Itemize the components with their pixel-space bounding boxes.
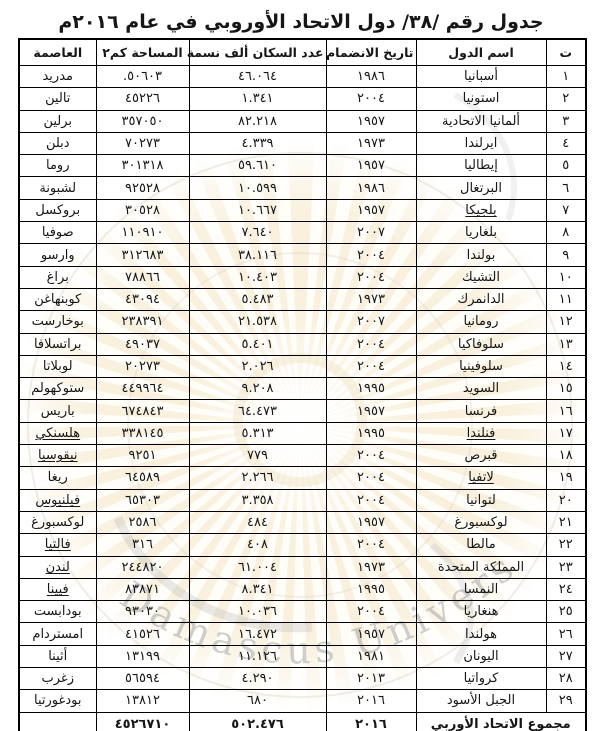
cell-capital: نيقوسيا [19,445,96,467]
cell-capital: فيينا [19,578,96,600]
cell-join-date: ١٩٩٥ [326,422,416,444]
cell-population: ٥.٤٠١ [189,333,326,355]
cell-country: إيطاليا [416,155,546,177]
table-row: ٢٤النمسا١٩٩٥٨.٣٤١٨٣٨٧١فيينا [19,578,586,600]
cell-join-date: ٢٠٠٤ [326,467,416,489]
cell-area: ٧٨٨٦٦ [96,266,189,288]
cell-capital: زغرب [19,668,96,690]
cell-capital: مدريد [19,66,96,88]
cell-country: البرتغال [416,177,546,199]
cell-population: ١٠.٥٩٩ [189,177,326,199]
cell-capital: دبلن [19,132,96,154]
table-row: ٢٧اليونان١٩٨١١١.١٢٦١٣١٩٩أثينا [19,645,586,667]
cell-index: ١٤ [546,355,586,377]
cell-area: ٤٩٠٣٧ [96,333,189,355]
cell-capital: لوبلاتا [19,355,96,377]
cell-country: هنغاريا [416,601,546,623]
cell-country: سلوفاكيا [416,333,546,355]
cell-capital: روما [19,155,96,177]
cell-population: ٧٧٩ [189,445,326,467]
cell-index: ١٦ [546,400,586,422]
table-row: ٢٥هنغاريا٢٠٠٤١٠.٠٣٦٩٣٠٣٠بودابست [19,601,586,623]
cell-area: ٢٠٢٧٣ [96,355,189,377]
cell-country: هولندا [416,623,546,645]
cell-population: ١٠.٦٦٧ [189,199,326,221]
cell-join-date: ٢٠٠٤ [326,601,416,623]
cell-index: ٢٩ [546,690,586,712]
cell-country: التشيك [416,266,546,288]
cell-join-date: ٢٠٠٤ [326,355,416,377]
cell-join-date: ١٩٨١ [326,645,416,667]
cell-population: ٥.٤٨٣ [189,288,326,310]
cell-index: ٢٢ [546,534,586,556]
table-row: ١٩لاتفيا٢٠٠٤٢.٢٦٦٦٤٥٨٩ريغا [19,467,586,489]
table-row: ١٦فرنسا١٩٥٧٦٤.٤٧٣٦٧٤٨٤٣باريس [19,400,586,422]
cell-population: ٧.٦٤٠ [189,222,326,244]
table-row: ٢٦هولندا١٩٥٧١٦.٤٧٢٤١٥٢٦امستردام [19,623,586,645]
cell-area: ٩٢٥٢٨ [96,177,189,199]
cell-population: ٦٤.٤٧٣ [189,400,326,422]
column-header-population: عدد السكان ألف نسمة [189,39,326,66]
cell-country: بولندا [416,244,546,266]
cell-index: ٢١ [546,511,586,533]
cell-index: ٩ [546,244,586,266]
cell-index: ١٢ [546,311,586,333]
cell-area: ٤٥٢٢٦ [96,88,189,110]
cell-area: ٨٣٨٧١ [96,578,189,600]
cell-join-date: ١٩٨٦ [326,66,416,88]
cell-country: أسبانيا [416,66,546,88]
table-row: ٢استونيا٢٠٠٤١.٣٤١٤٥٢٢٦تالين [19,88,586,110]
cell-country: رومانيا [416,311,546,333]
table-row: ١٥السويد١٩٩٥٩.٢٠٨٤٤٩٩٦٤ستوكهولم [19,378,586,400]
cell-index: ٢٦ [546,623,586,645]
cell-population: ٣٨.١١٦ [189,244,326,266]
cell-join-date: ١٩٧٣ [326,288,416,310]
cell-area: ١٣٨١٢ [96,690,189,712]
cell-population: ٤.٢٩٠ [189,668,326,690]
cell-area: ٩٣٠٣٠ [96,601,189,623]
cell-country: المملكة المتحدة [416,556,546,578]
cell-population: ١١.١٢٦ [189,645,326,667]
cell-country: بلغاريا [416,222,546,244]
column-header-country: اسم الدول [416,39,546,66]
cell-index: ١٨ [546,445,586,467]
cell-capital: امستردام [19,623,96,645]
cell-area: ٦٥٣٠٣ [96,489,189,511]
column-header-capital: العاصمة [19,39,96,66]
table-row: ١٧فنلندا١٩٩٥٥.٣١٣٣٣٨١٤٥هلسنكي [19,422,586,444]
cell-capital: لشبونة [19,177,96,199]
cell-capital: ريغا [19,467,96,489]
cell-index: ١١ [546,288,586,310]
cell-capital: صوفيا [19,222,96,244]
cell-country: قبرص [416,445,546,467]
table-row: ٢٠لتوانيا٢٠٠٤٣.٣٥٨٦٥٣٠٣فيلنيوس [19,489,586,511]
cell-join-date: ١٩٥٧ [326,400,416,422]
cell-capital: بوخارست [19,311,96,333]
cell-area: ٢٤٤٨٢٠ [96,556,189,578]
cell-capital: لوكسبورغ [19,511,96,533]
cell-join-date: ١٩٩٥ [326,578,416,600]
cell-join-date: ٢٠١٣ [326,668,416,690]
cell-population: ٤٨٤ [189,511,326,533]
table-row: ١٠التشيك٢٠٠٤١٠.٤٠٣٧٨٨٦٦براغ [19,266,586,288]
cell-index: ٢٧ [546,645,586,667]
cell-index: ٢٨ [546,668,586,690]
cell-capital: هلسنكي [19,422,96,444]
cell-population: ٨.٣٤١ [189,578,326,600]
cell-population: ٥٩.٦١٠ [189,155,326,177]
cell-index: ٨ [546,222,586,244]
cell-area: ٣٠٥٢٨ [96,199,189,221]
cell-capital: باريس [19,400,96,422]
cell-population: ٦٨٠ [189,690,326,712]
cell-join-date: ٢٠٠٤ [326,534,416,556]
total-join-date: ٢٠١٦ [326,712,416,731]
cell-join-date: ٢٠٠٤ [326,266,416,288]
cell-join-date: ٢٠٠٧ [326,311,416,333]
cell-area: ٤١٥٢٦ [96,623,189,645]
table-row: ٣ألمانيا الاتحادية١٩٥٧٨٢.٢١٨٣٥٧٠٥٠برلين [19,110,586,132]
cell-area: ٢٥٨٦ [96,511,189,533]
table-row: ١أسبانيا١٩٨٦٤٦.٠٦٤.٥٠٦٠٣مدريد [19,66,586,88]
table-title: جدول رقم /٣٨/ دول الاتحاد الأوروبي في عا… [0,9,602,35]
table-row: ١٨قبرص٢٠٠٤٧٧٩٩٢٥١نيقوسيا [19,445,586,467]
cell-join-date: ١٩٥٧ [326,110,416,132]
cell-area: .٥٠٦٠٣ [96,66,189,88]
cell-population: ١.٣٤١ [189,88,326,110]
cell-index: ٢٤ [546,578,586,600]
cell-join-date: ١٩٧٣ [326,132,416,154]
cell-join-date: ٢٠٠٤ [326,244,416,266]
cell-population: ١٠.٤٠٣ [189,266,326,288]
cell-join-date: ١٩٥٧ [326,199,416,221]
cell-capital: لندن [19,556,96,578]
cell-country: استونيا [416,88,546,110]
cell-population: ٤٦.٠٦٤ [189,66,326,88]
table-row: ١٤سلوفينيا٢٠٠٤٢.٠٢٦٢٠٢٧٣لوبلاتا [19,355,586,377]
cell-join-date: ١٩٥٧ [326,511,416,533]
cell-population: ٥.٣١٣ [189,422,326,444]
cell-index: ١٩ [546,467,586,489]
table-row: ٨بلغاريا٢٠٠٧٧.٦٤٠١١٠٩١٠صوفيا [19,222,586,244]
cell-capital: فالتيا [19,534,96,556]
table-row: ٩بولندا٢٠٠٤٣٨.١١٦٣١٢٦٨٣وارسو [19,244,586,266]
cell-country: السويد [416,378,546,400]
table-row: ٢٨كرواتيا٢٠١٣٤.٢٩٠٥٦٥٩٤زغرب [19,668,586,690]
table-row: ١٢رومانيا٢٠٠٧٢١.٥٣٨٢٣٨٣٩١بوخارست [19,311,586,333]
cell-index: ١ [546,66,586,88]
cell-country: مالطا [416,534,546,556]
cell-area: ٣٥٧٠٥٠ [96,110,189,132]
cell-index: ٢٠ [546,489,586,511]
cell-area: ١٣١٩٩ [96,645,189,667]
table-row: ١٣سلوفاكيا٢٠٠٤٥.٤٠١٤٩٠٣٧براتسلافا [19,333,586,355]
cell-population: ١٠.٠٣٦ [189,601,326,623]
cell-join-date: ١٩٩٥ [326,378,416,400]
cell-capital: فيلنيوس [19,489,96,511]
total-population: ٥٠٢.٤٧٦ [189,712,326,731]
cell-index: ٢٣ [546,556,586,578]
cell-area: ٣٠١٣١٨ [96,155,189,177]
cell-country: فنلندا [416,422,546,444]
cell-index: ٢٥ [546,601,586,623]
total-label: مجموع الاتحاد الأوربي [416,712,586,731]
table-row: ٢١لوكسبورغ١٩٥٧٤٨٤٢٥٨٦لوكسبورغ [19,511,586,533]
cell-country: كرواتيا [416,668,546,690]
cell-capital: ستوكهولم [19,378,96,400]
cell-index: ٦ [546,177,586,199]
table-row: ١١الدانمرك١٩٧٣٥.٤٨٣٤٣٠٩٤كوبنهاغن [19,288,586,310]
cell-index: ١٠ [546,266,586,288]
cell-capital: براغ [19,266,96,288]
cell-area: ٤٣٠٩٤ [96,288,189,310]
cell-join-date: ٢٠٠٤ [326,88,416,110]
cell-population: ٢.٠٢٦ [189,355,326,377]
cell-index: ٢ [546,88,586,110]
cell-capital: بودابست [19,601,96,623]
cell-capital: براتسلافا [19,333,96,355]
cell-population: ٩.٢٠٨ [189,378,326,400]
cell-index: ١٣ [546,333,586,355]
cell-join-date: ١٩٧٣ [326,556,416,578]
cell-index: ١٥ [546,378,586,400]
table-row: ٥إيطاليا١٩٥٧٥٩.٦١٠٣٠١٣١٨روما [19,155,586,177]
cell-join-date: ٢٠٠٤ [326,445,416,467]
cell-index: ١٧ [546,422,586,444]
cell-population: ٢.٢٦٦ [189,467,326,489]
cell-area: ٣١٢٦٨٣ [96,244,189,266]
cell-index: ٥ [546,155,586,177]
table-row: ٦البرتغال١٩٨٦١٠.٥٩٩٩٢٥٢٨لشبونة [19,177,586,199]
cell-index: ٤ [546,132,586,154]
header-row: ت اسم الدول تاريخ الانضمام عدد السكان أل… [19,39,586,66]
cell-join-date: ١٩٥٧ [326,155,416,177]
total-capital [19,712,96,731]
cell-join-date: ٢٠١٦ [326,690,416,712]
cell-country: بلجيكا [416,199,546,221]
cell-population: ٤.٣٣٩ [189,132,326,154]
cell-area: ٢٣٨٣٩١ [96,311,189,333]
cell-join-date: ١٩٥٧ [326,623,416,645]
cell-country: ايرلندا [416,132,546,154]
cell-country: سلوفينيا [416,355,546,377]
cell-population: ٨٢.٢١٨ [189,110,326,132]
cell-join-date: ٢٠٠٤ [326,333,416,355]
table-row: ٢٣المملكة المتحدة١٩٧٣٦١.٠٠٤٢٤٤٨٢٠لندن [19,556,586,578]
cell-area: ١١٠٩١٠ [96,222,189,244]
cell-population: ٤٠٨ [189,534,326,556]
cell-join-date: ١٩٨٦ [326,177,416,199]
cell-capital: بودغورتيا [19,690,96,712]
table-row: ٢٢مالطا٢٠٠٤٤٠٨٣١٦فالتيا [19,534,586,556]
cell-area: ٥٦٥٩٤ [96,668,189,690]
cell-population: ١٦.٤٧٢ [189,623,326,645]
total-row: مجموع الاتحاد الأوربي٢٠١٦٥٠٢.٤٧٦٤٥٢٦٧١٠ [19,712,586,731]
cell-population: ٦١.٠٠٤ [189,556,326,578]
cell-country: اليونان [416,645,546,667]
cell-area: ٤٤٩٩٦٤ [96,378,189,400]
table-row: ٤ايرلندا١٩٧٣٤.٣٣٩٧٠٢٧٣دبلن [19,132,586,154]
cell-population: ٣.٣٥٨ [189,489,326,511]
eu-countries-table: ت اسم الدول تاريخ الانضمام عدد السكان أل… [18,38,587,731]
cell-country: لتوانيا [416,489,546,511]
table-row: ٢٩الجبل الأسود٢٠١٦٦٨٠١٣٨١٢بودغورتيا [19,690,586,712]
cell-country: لاتفيا [416,467,546,489]
cell-capital: تالين [19,88,96,110]
cell-area: ٧٠٢٧٣ [96,132,189,154]
cell-capital: كوبنهاغن [19,288,96,310]
cell-population: ٢١.٥٣٨ [189,311,326,333]
cell-country: فرنسا [416,400,546,422]
column-header-index: ت [546,39,586,66]
cell-capital: برلين [19,110,96,132]
cell-country: الجبل الأسود [416,690,546,712]
cell-capital: وارسو [19,244,96,266]
cell-index: ٧ [546,199,586,221]
cell-area: ٦٤٥٨٩ [96,467,189,489]
page: Damascus University جدول رقم /٣٨/ دول ال… [0,0,602,731]
column-header-area: المساحة كم٢ [96,39,189,66]
cell-area: ٦٧٤٨٤٣ [96,400,189,422]
cell-area: ٣٣٨١٤٥ [96,422,189,444]
cell-join-date: ٢٠٠٧ [326,222,416,244]
cell-country: لوكسبورغ [416,511,546,533]
cell-area: ٩٢٥١ [96,445,189,467]
cell-area: ٣١٦ [96,534,189,556]
cell-country: ألمانيا الاتحادية [416,110,546,132]
cell-country: الدانمرك [416,288,546,310]
total-area: ٤٥٢٦٧١٠ [96,712,189,731]
cell-capital: أثينا [19,645,96,667]
cell-index: ٣ [546,110,586,132]
table-row: ٧بلجيكا١٩٥٧١٠.٦٦٧٣٠٥٢٨بروكسل [19,199,586,221]
cell-capital: بروكسل [19,199,96,221]
cell-country: النمسا [416,578,546,600]
column-header-join-date: تاريخ الانضمام [326,39,416,66]
cell-join-date: ٢٠٠٤ [326,489,416,511]
